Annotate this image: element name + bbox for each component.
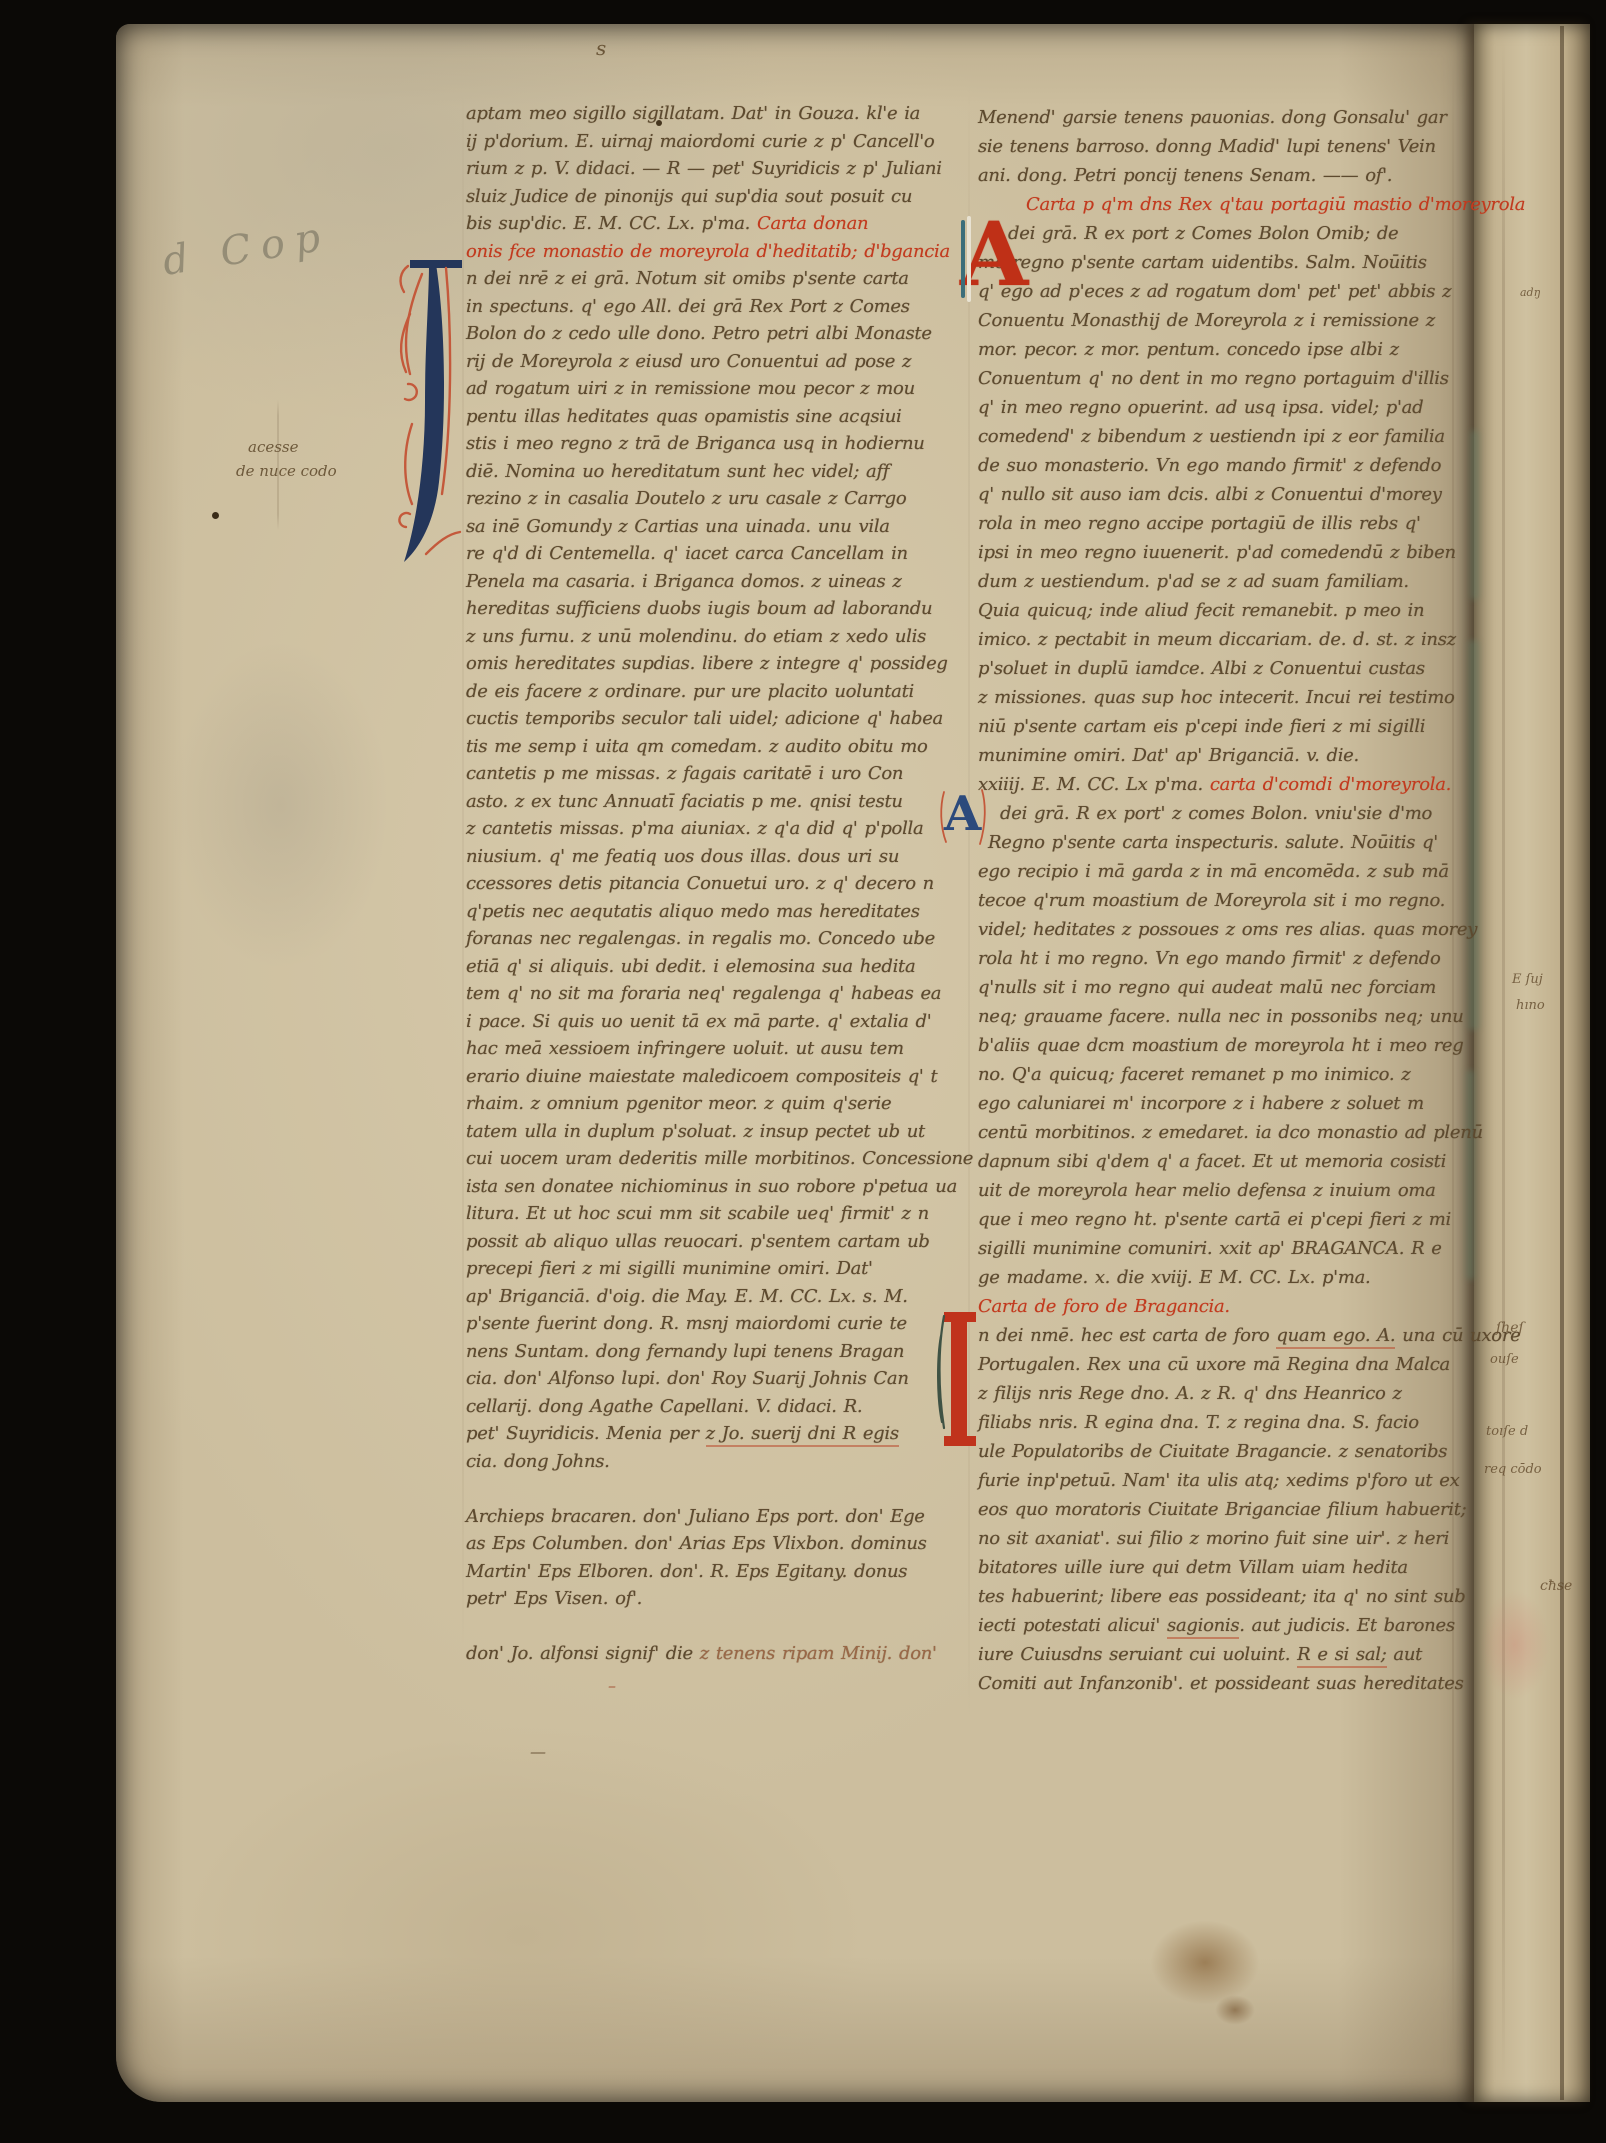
manuscript-line: litura. Et ut hoc scui mm sit scabile ue…: [466, 1200, 968, 1228]
body-text: Regno p'sente carta inspecturis. salute.…: [988, 832, 1438, 853]
manuscript-line: i pace. Si quis uo uenit tā ex mā parte.…: [466, 1008, 968, 1036]
body-text: q' in meo regno opuerint. ad usq ipsa. v…: [978, 397, 1423, 418]
manuscript-line: cia. dong Johns.: [466, 1448, 968, 1476]
decorated-initial-A-blue: A: [944, 786, 992, 848]
rubric-text: Carta de foro de Bragancia.: [978, 1296, 1230, 1317]
body-text: cuctis temporibs seculor tali uidel; adi…: [466, 708, 943, 729]
body-text: furie inp'petuū. Nam' ita ulis atq; xedi…: [978, 1470, 1459, 1491]
manuscript-line: uit de moreyrola hear melio defensa z in…: [978, 1176, 1502, 1205]
manuscript-line: nens Suntam. dong fernandy lupi tenens B…: [466, 1338, 968, 1366]
manuscript-line: cellarij. dong Agathe Capellani. V. dida…: [466, 1393, 968, 1421]
body-text: ani. dong. Petri poncij tenens Senam. ——…: [978, 165, 1392, 186]
body-text: de suo monasterio. Vn ego mando firmit' …: [978, 455, 1441, 476]
manuscript-line: mor. pecor. z mor. pentum. concedo ipse …: [978, 335, 1502, 364]
body-text: Menend' garsie tenens pauonias. dong Gon…: [978, 107, 1447, 128]
body-text: ad rogatum uiri z in remissione mou peco…: [466, 378, 915, 399]
body-text: iecti potestati alicui': [978, 1615, 1167, 1636]
manuscript-line: cantetis p me missas. z fagais caritatē …: [466, 760, 968, 788]
manuscript-line: ge madame. x. die xviij. E M. CC. Lx. p'…: [978, 1263, 1502, 1292]
manuscript-line: rezino z in casalia Doutelo z uru casale…: [466, 485, 968, 513]
manuscript-line: hereditas sufficiens duobs iugis boum ad…: [466, 595, 968, 623]
manuscript-line: rium z p. V. didaci. — R — pet' Suyridic…: [466, 155, 968, 183]
manuscript-line: Carta p q'm dns Rex q'tau portagiū masti…: [978, 190, 1502, 219]
body-text: mor. pecor. z mor. pentum. concedo ipse …: [978, 339, 1399, 360]
body-text: etiā q' si aliquis. ubi dedit. i elemosi…: [466, 956, 915, 977]
manuscript-line: tecoe q'rum moastium de Moreyrola sit i …: [978, 886, 1502, 915]
manuscript-line: sie tenens barroso. donng Madid' lupi te…: [978, 132, 1502, 161]
manuscript-line: Conuentum q' no dent in mo regno portagu…: [978, 364, 1502, 393]
body-text: re q'd di Centemella. q' iacet carca Can…: [466, 543, 908, 564]
manuscript-line: no. Q'a quicuq; faceret remanet p mo ini…: [978, 1060, 1502, 1089]
body-text: dum z uestiendum. p'ad se z ad suam fami…: [978, 571, 1409, 592]
body-text: tis me semp i uita qm comedam. z audito …: [466, 736, 928, 757]
manuscript-line: dum z uestiendum. p'ad se z ad suam fami…: [978, 567, 1502, 596]
manuscript-line: q' in meo regno opuerint. ad usq ipsa. v…: [978, 393, 1502, 422]
body-text: ule Populatoribs de Ciuitate Bragancie. …: [978, 1441, 1447, 1462]
manuscript-line: Penela ma casaria. i Briganca domos. z u…: [466, 568, 968, 596]
initial-a2-flourish-icon: [938, 786, 986, 848]
body-text: iure Cuiusdns seruiant cui uoluint.: [978, 1644, 1297, 1665]
manuscript-line: sigilli munimine comuniri. xxit ap' BRAG…: [978, 1234, 1502, 1263]
manuscript-line: omis hereditates supdias. libere z integ…: [466, 650, 968, 678]
catchword-mark: —: [530, 1742, 546, 1761]
body-text: z uns furnu. z unū molendinu. do etiam z…: [466, 626, 926, 647]
manuscript-line: ap' Briganciā. d'oig. die May. E. M. CC…: [466, 1283, 968, 1311]
body-text: dapnum sibi q'dem q' a facet. Et ut memo…: [978, 1151, 1446, 1172]
body-text: q'petis nec aequtatis aliquo medo mas he…: [466, 901, 920, 922]
manuscript-line: xxiiij. E. M. CC. Lx p'ma. carta d'comdi…: [978, 770, 1502, 799]
manuscript-line: neq; grauame facere. nulla nec in posson…: [978, 1002, 1502, 1031]
manuscript-line: Menend' garsie tenens pauonias. dong Gon…: [978, 103, 1502, 132]
manuscript-line: Comiti aut Infanzonib'. et possideant su…: [978, 1669, 1502, 1698]
body-text: possit ab aliquo ullas reuocari. p'sente…: [466, 1231, 930, 1252]
body-text: sigilli munimine comuniri. xxit ap' BRAG…: [978, 1238, 1442, 1259]
body-text: que i meo regno ht. p'sente cartā ei p'c…: [978, 1209, 1451, 1230]
manuscript-line: p'sente fuerint dong. R. msnj maiordomi …: [466, 1310, 968, 1338]
body-text: de eis facere z ordinare. pur ure placit…: [466, 681, 914, 702]
manuscript-line: comedend' z bibendum z uestiendn ipi z e…: [978, 422, 1502, 451]
body-text: sagionis: [1167, 1615, 1239, 1639]
body-text: rezino z in casalia Doutelo z uru casale…: [466, 488, 906, 509]
body-text: sa inē Gomundy z Cartias una uinada. unu…: [466, 516, 890, 537]
manuscript-line: [466, 1475, 968, 1503]
manuscript-line: n dei nrē z ei grā. Notum sit omibs p'se…: [466, 265, 968, 293]
manuscript-line: petr' Eps Visen. of'.: [466, 1585, 968, 1613]
body-text: Penela ma casaria. i Briganca domos. z u…: [466, 571, 902, 592]
edge-margin-note: adŋ: [1520, 286, 1541, 299]
body-text: stis i meo regno z trā de Briganca usq i…: [466, 433, 925, 454]
body-text: ego caluniarei m' incorpore z i habere z…: [978, 1093, 1424, 1114]
edge-margin-note: hıno: [1516, 998, 1545, 1013]
manuscript-line: Martin' Eps Elboren. don'. R. Eps Egitan…: [466, 1558, 968, 1586]
body-text: erario diuine maiestate maledicoem compo…: [466, 1066, 937, 1087]
manuscript-line: aptam meo sigillo sigillatam. Dat' in Go…: [466, 100, 968, 128]
body-text: eos quo moratoris Ciuitate Briganciae fi…: [978, 1499, 1466, 1520]
manuscript-line: bitatores uille iure qui detm Villam uia…: [978, 1553, 1502, 1582]
initial-stripe-white: [967, 216, 971, 302]
manuscript-line: ego caluniarei m' incorpore z i habere z…: [978, 1089, 1502, 1118]
manuscript-line: centū morbitinos. z emedaret. ia dco mon…: [978, 1118, 1502, 1147]
body-text: hac meā xessioem infringere uoluit. ut a…: [466, 1038, 904, 1059]
manuscript-line: Archieps bracaren. don' Juliano Eps port…: [466, 1503, 968, 1531]
manuscript-line: z uns furnu. z unū molendinu. do etiam z…: [466, 623, 968, 651]
body-text: as Eps Columben. don' Arias Eps Vlixbon.…: [466, 1533, 927, 1554]
manuscript-line: z filijs nris Rege dno. A. z R. q' dns H…: [978, 1379, 1502, 1408]
body-text: b'aliis quae dcm moastium de moreyrola h…: [978, 1035, 1463, 1056]
manuscript-line: cuctis temporibs seculor tali uidel; adi…: [466, 705, 968, 733]
manuscript-line: iecti potestati alicui' sagionis. aut ju…: [978, 1611, 1502, 1640]
manuscript-line: rhaim. z omnium pgenitor meor. z quim q'…: [466, 1090, 968, 1118]
body-text: no. Q'a quicuq; faceret remanet p mo ini…: [978, 1064, 1410, 1085]
body-text: Archieps bracaren. don' Juliano Eps port…: [466, 1506, 925, 1527]
body-text: z filijs nris Rege dno. A. z R. q' dns H…: [978, 1383, 1402, 1404]
body-text: Conuentum q' no dent in mo regno portagu…: [978, 368, 1449, 389]
manuscript-line: possit ab aliquo ullas reuocari. p'sente…: [466, 1228, 968, 1256]
manuscript-line: de eis facere z ordinare. pur ure placit…: [466, 678, 968, 706]
body-text: Bolon do z cedo ulle dono. Petro petri a…: [466, 323, 932, 344]
body-text: niū p'sente cartam eis p'cepi inde fieri…: [978, 716, 1425, 737]
manuscript-line: tis me semp i uita qm comedam. z audito …: [466, 733, 968, 761]
manuscript-line: rola ht i mo regno. Vn ego mando firmit'…: [978, 944, 1502, 973]
edge-margin-note: toıſe d: [1486, 1424, 1528, 1439]
body-text: ij p'dorium. E. uirnaj maiordomi curie z…: [466, 131, 934, 152]
body-text: aut: [1387, 1644, 1423, 1665]
body-text: n dei nrē z ei grā. Notum sit omibs p'se…: [466, 268, 909, 289]
body-text: . aut judicis. Et barones: [1239, 1615, 1454, 1636]
body-text: imico. z pectabit in meum diccariam. de.…: [978, 629, 1456, 650]
initial-stripe-teal: [961, 220, 965, 298]
intercolumn-ruling-line: [968, 80, 970, 1730]
edge-margin-note: cħse: [1540, 1578, 1572, 1594]
manuscript-line: ij p'dorium. E. uirnaj maiordomi curie z…: [466, 128, 968, 156]
body-text: ego recipio i mā garda z in mā encomēda.…: [978, 861, 1449, 882]
body-text: rola ht i mo regno. Vn ego mando firmit'…: [978, 948, 1441, 969]
manuscript-line: Portugalen. Rex una cū uxore mā Regina d…: [978, 1350, 1502, 1379]
manuscript-line: rij de Moreyrola z eiusd uro Conuentui a…: [466, 348, 968, 376]
manuscript-line: ego recipio i mā garda z in mā encomēda.…: [978, 857, 1502, 886]
manuscript-line: rola in meo regno accipe portagiū de ill…: [978, 509, 1502, 538]
body-text: sie tenens barroso. donng Madid' lupi te…: [978, 136, 1436, 157]
manuscript-line: etiā q' si aliquis. ubi dedit. i elemosi…: [466, 953, 968, 981]
body-text: mo regno p'sente cartam uidentibs. Salm.…: [978, 252, 1427, 273]
manuscript-line: in spectuns. q' ego All. dei grā Rex Por…: [466, 293, 968, 321]
manuscript-line: de suo monasterio. Vn ego mando firmit' …: [978, 451, 1502, 480]
body-text: neq; grauame facere. nulla nec in posson…: [978, 1006, 1464, 1027]
body-text: dei grā. R ex port' z comes Bolon. vniu'…: [1000, 803, 1432, 824]
body-text: z tenens ripam Minij. don': [700, 1643, 937, 1664]
manuscript-line: Regno p'sente carta inspecturis. salute.…: [978, 828, 1502, 857]
body-text: omis hereditates supdias. libere z integ…: [466, 653, 948, 674]
body-text: tatem ulla in duplum p'soluat. z insup p…: [466, 1121, 925, 1142]
manuscript-line: ad rogatum uiri z in remissione mou peco…: [466, 375, 968, 403]
manuscript-line: imico. z pectabit in meum diccariam. de.…: [978, 625, 1502, 654]
body-text: cellarij. dong Agathe Capellani. V. dida…: [466, 1396, 862, 1417]
manuscript-line: Conuentu Monasthij de Moreyrola z i remi…: [978, 306, 1502, 335]
manuscript-line: Carta de foro de Bragancia.: [978, 1292, 1502, 1321]
body-text: petr' Eps Visen. of'.: [466, 1588, 642, 1609]
body-text: z Jo. suerij dni R egis: [706, 1423, 899, 1447]
body-text: n dei nmē. hec est carta de foro: [978, 1325, 1276, 1346]
body-text: aptam meo sigillo sigillatam. Dat' in Go…: [466, 103, 920, 124]
body-text: q' ego ad p'eces z ad rogatum dom' pet' …: [978, 281, 1451, 302]
body-text: Martin' Eps Elboren. don'. R. Eps Egitan…: [466, 1561, 907, 1582]
body-text: tes habuerint; libere eas possideant; it…: [978, 1586, 1465, 1607]
left-text-column: aptam meo sigillo sigillatam. Dat' in Go…: [466, 100, 968, 1668]
body-text: Conuentu Monasthij de Moreyrola z i remi…: [978, 310, 1435, 331]
manuscript-line: dei grā. R ex port' z comes Bolon. vniu'…: [978, 799, 1502, 828]
body-text: tecoe q'rum moastium de Moreyrola sit i …: [978, 890, 1445, 911]
body-text: z missiones. quas sup hoc intecerit. Inc…: [978, 687, 1455, 708]
manuscript-line: eos quo moratoris Ciuitate Briganciae fi…: [978, 1495, 1502, 1524]
edge-margin-note: ouſe: [1490, 1352, 1519, 1367]
manuscript-line: as Eps Columben. don' Arias Eps Vlixbon.…: [466, 1530, 968, 1558]
right-text-column: Menend' garsie tenens pauonias. dong Gon…: [978, 103, 1502, 1698]
manuscript-line: sluiz Judice de pinonijs qui sup'dia sou…: [466, 183, 968, 211]
manuscript-line: precepi fieri z mi sigilli munimine omir…: [466, 1255, 968, 1283]
body-text: no sit axaniat'. sui filio z morino fuit…: [978, 1528, 1449, 1549]
manuscript-line: sa inē Gomundy z Cartias una uinada. unu…: [466, 513, 968, 541]
manuscript-line: n dei nmē. hec est carta de foro quam eg…: [978, 1321, 1502, 1350]
body-text: bis sup'dic. E. M. CC. Lx. p'ma.: [466, 213, 757, 234]
body-text: in spectuns. q' ego All. dei grā Rex Por…: [466, 296, 910, 317]
rubric-text: carta d'comdi d'moreyrola.: [1210, 774, 1451, 795]
body-text: nens Suntam. dong fernandy lupi tenens B…: [466, 1341, 904, 1362]
manuscript-line: pentu illas heditates quas opamistis sin…: [466, 403, 968, 431]
rubric-text: Carta p q'm dns Rex q'tau portagiū masti…: [1026, 194, 1525, 215]
manuscript-line: tes habuerint; libere eas possideant; it…: [978, 1582, 1502, 1611]
body-text: asto. z ex tunc Annuatī faciatis p me. q…: [466, 791, 903, 812]
manuscript-line: no sit axaniat'. sui filio z morino fuit…: [978, 1524, 1502, 1553]
body-text: ipsi in meo regno iuuenerit. p'ad comede…: [978, 542, 1456, 563]
body-text: quam ego. A.: [1276, 1325, 1395, 1349]
body-text: cui uocem uram dederitis mille morbitino…: [466, 1148, 973, 1169]
manuscript-line: erario diuine maiestate maledicoem compo…: [466, 1063, 968, 1091]
body-text: cia. dong Johns.: [466, 1451, 610, 1472]
body-text: filiabs nris. R egina dna. T. z regina d…: [978, 1412, 1419, 1433]
manuscript-line: z cantetis missas. p'ma aiuniax. z q'a d…: [466, 815, 968, 843]
manuscript-line: foranas nec regalengas. in regalis mo. C…: [466, 925, 968, 953]
manuscript-line: ccessores detis pitancia Conuetui uro. z…: [466, 870, 968, 898]
body-text: p'soluet in duplū iamdce. Albi z Conuent…: [978, 658, 1425, 679]
manuscript-line: ista sen donatee nichiominus in suo robo…: [466, 1173, 968, 1201]
manuscript-line: [466, 1613, 968, 1641]
body-text: precepi fieri z mi sigilli munimine omir…: [466, 1258, 873, 1279]
manuscript-line: hac meā xessioem infringere uoluit. ut a…: [466, 1035, 968, 1063]
rubric-text: Carta donan: [757, 213, 868, 234]
manuscript-line: munimine omiri. Dat' ap' Briganciā. v. …: [978, 741, 1502, 770]
body-text: uit de moreyrola hear melio defensa z in…: [978, 1180, 1436, 1201]
edge-margin-note: req cōdo: [1484, 1462, 1542, 1477]
manuscript-line: re q'd di Centemella. q' iacet carca Can…: [466, 540, 968, 568]
body-text: litura. Et ut hoc scui mm sit scabile ue…: [466, 1203, 929, 1224]
manuscript-line: que i meo regno ht. p'sente cartā ei p'c…: [978, 1205, 1502, 1234]
body-text: rij de Moreyrola z eiusd uro Conuentui a…: [466, 351, 911, 372]
left-margin-note-line2: de nuce codo: [236, 462, 337, 480]
manuscript-line: mo regno p'sente cartam uidentibs. Salm.…: [978, 248, 1502, 277]
body-text: don' Jo. alfonsi signif' die: [466, 1643, 700, 1664]
manuscript-line: onis fce monastio de moreyrola d'heditat…: [466, 238, 968, 266]
edge-margin-note: ſheſ: [1496, 1320, 1524, 1336]
edge-margin-note: E ſuj: [1512, 972, 1543, 987]
left-margin-note-line1: acesse: [248, 438, 299, 456]
manuscript-line: niū p'sente cartam eis p'cepi inde fieri…: [978, 712, 1502, 741]
gutter-shadow-line: [1560, 26, 1564, 2100]
body-text: rola in meo regno accipe portagiū de ill…: [978, 513, 1421, 534]
body-text: dei grā. R ex port z Comes Bolon Omib; d…: [1008, 223, 1398, 244]
manuscript-line: pet' Suyridicis. Menia per z Jo. suerij …: [466, 1420, 968, 1448]
manuscript-line: stis i meo regno z trā de Briganca usq i…: [466, 430, 968, 458]
body-text: comedend' z bibendum z uestiendn ipi z e…: [978, 426, 1445, 447]
body-text: diē. Nomina uo hereditatum sunt hec vide…: [466, 461, 889, 482]
body-text: videl; heditates z possoues z oms res al…: [978, 919, 1477, 940]
rubric-text: onis fce monastio de moreyrola d'heditat…: [466, 241, 950, 262]
quire-mark: s: [596, 36, 606, 60]
manuscript-line: p'soluet in duplū iamdce. Albi z Conuent…: [978, 654, 1502, 683]
body-text: rhaim. z omnium pgenitor meor. z quim q'…: [466, 1093, 891, 1114]
body-text: z cantetis missas. p'ma aiuniax. z q'a d…: [466, 818, 923, 839]
body-text: bitatores uille iure qui detm Villam uia…: [978, 1557, 1408, 1578]
body-text: tem q' no sit ma foraria neq' regalenga …: [466, 983, 941, 1004]
body-text: cantetis p me missas. z fagais caritatē …: [466, 763, 903, 784]
body-text: p'sente fuerint dong. R. msnj maiordomi …: [466, 1313, 907, 1334]
manuscript-line: z missiones. quas sup hoc intecerit. Inc…: [978, 683, 1502, 712]
body-text: Comiti aut Infanzonib'. et possideant su…: [978, 1673, 1464, 1694]
manuscript-line: furie inp'petuū. Nam' ita ulis atq; xedi…: [978, 1466, 1502, 1495]
body-text: ccessores detis pitancia Conuetui uro. z…: [466, 873, 934, 894]
manuscript-line: Quia quicuq; inde aliud fecit remanebit.…: [978, 596, 1502, 625]
body-text: foranas nec regalengas. in regalis mo. C…: [466, 928, 935, 949]
body-text: centū morbitinos. z emedaret. ia dco mon…: [978, 1122, 1483, 1143]
initial-I-flourish-icon: [392, 252, 468, 574]
manuscript-line: filiabs nris. R egina dna. T. z regina d…: [978, 1408, 1502, 1437]
body-text: ge madame. x. die xviij. E M. CC. Lx. p'…: [978, 1267, 1370, 1288]
body-text: q' nullo sit auso iam dcis. albi z Conue…: [978, 484, 1442, 505]
manuscript-line: iure Cuiusdns seruiant cui uoluint. R e …: [978, 1640, 1502, 1669]
manuscript-line: ule Populatoribs de Ciuitate Bragancie. …: [978, 1437, 1502, 1466]
decorated-initial-A-red: A: [960, 206, 1022, 312]
manuscript-line: cui uocem uram dederitis mille morbitino…: [466, 1145, 968, 1173]
body-text: pentu illas heditates quas opamistis sin…: [466, 406, 901, 427]
manuscript-line: niusium. q' me featiq uos dous illas. do…: [466, 843, 968, 871]
body-text: pet' Suyridicis. Menia per: [466, 1423, 706, 1444]
body-text: Portugalen. Rex una cū uxore mā Regina d…: [978, 1354, 1450, 1375]
folio-fold-line: [1502, 40, 1505, 2080]
body-text: ista sen donatee nichiominus in suo robo…: [466, 1176, 957, 1197]
manuscript-line: dei grā. R ex port z Comes Bolon Omib; d…: [978, 219, 1502, 248]
body-text: R e si sal;: [1297, 1644, 1386, 1668]
body-text: ap' Briganciā. d'oig. die May. E. M. CC…: [466, 1286, 908, 1307]
manuscript-line: asto. z ex tunc Annuatī faciatis p me. q…: [466, 788, 968, 816]
body-text: xxiiij. E. M. CC. Lx p'ma.: [978, 774, 1210, 795]
body-text: hereditas sufficiens duobs iugis boum ad…: [466, 598, 932, 619]
body-text: niusium. q' me featiq uos dous illas. do…: [466, 846, 899, 867]
decorated-initial-I-blue: [392, 252, 468, 574]
manuscript-line: Bolon do z cedo ulle dono. Petro petri a…: [466, 320, 968, 348]
decorated-initial-I-red: [936, 1306, 980, 1454]
manuscript-line: q' nullo sit auso iam dcis. albi z Conue…: [978, 480, 1502, 509]
manuscript-line: q'petis nec aequtatis aliquo medo mas he…: [466, 898, 968, 926]
manuscript-line: ani. dong. Petri poncij tenens Senam. ——…: [978, 161, 1502, 190]
body-text: Quia quicuq; inde aliud fecit remanebit.…: [978, 600, 1424, 621]
body-text: cia. don' Alfonso lupi. don' Roy Suarij …: [466, 1368, 909, 1389]
manuscript-line: q'nulls sit i mo regno qui audeat malū n…: [978, 973, 1502, 1002]
body-text: sluiz Judice de pinonijs qui sup'dia sou…: [466, 186, 912, 207]
manuscript-line: dapnum sibi q'dem q' a facet. Et ut memo…: [978, 1147, 1502, 1176]
initial-i-red-icon: [936, 1306, 980, 1454]
manuscript-line: diē. Nomina uo hereditatum sunt hec vide…: [466, 458, 968, 486]
manuscript-photo: aptam meo sigillo sigillatam. Dat' in Go…: [0, 0, 1606, 2143]
manuscript-line: b'aliis quae dcm moastium de moreyrola h…: [978, 1031, 1502, 1060]
body-text: munimine omiri. Dat' ap' Briganciā. v. …: [978, 745, 1359, 766]
manuscript-line: videl; heditates z possoues z oms res al…: [978, 915, 1502, 944]
manuscript-line: tem q' no sit ma foraria neq' regalenga …: [466, 980, 968, 1008]
manuscript-line: tatem ulla in duplum p'soluat. z insup p…: [466, 1118, 968, 1146]
body-text: i pace. Si quis uo uenit tā ex mā parte.…: [466, 1011, 931, 1032]
manuscript-line: q' ego ad p'eces z ad rogatum dom' pet' …: [978, 277, 1502, 306]
manuscript-line: ipsi in meo regno iuuenerit. p'ad comede…: [978, 538, 1502, 567]
red-dash-mark: –: [608, 1676, 616, 1695]
manuscript-line: don' Jo. alfonsi signif' die z tenens ri…: [466, 1640, 968, 1668]
manuscript-line: cia. don' Alfonso lupi. don' Roy Suarij …: [466, 1365, 968, 1393]
body-text: q'nulls sit i mo regno qui audeat malū n…: [978, 977, 1436, 998]
body-text: rium z p. V. didaci. — R — pet' Suyridic…: [466, 158, 942, 179]
manuscript-line: bis sup'dic. E. M. CC. Lx. p'ma. Carta d…: [466, 210, 968, 238]
